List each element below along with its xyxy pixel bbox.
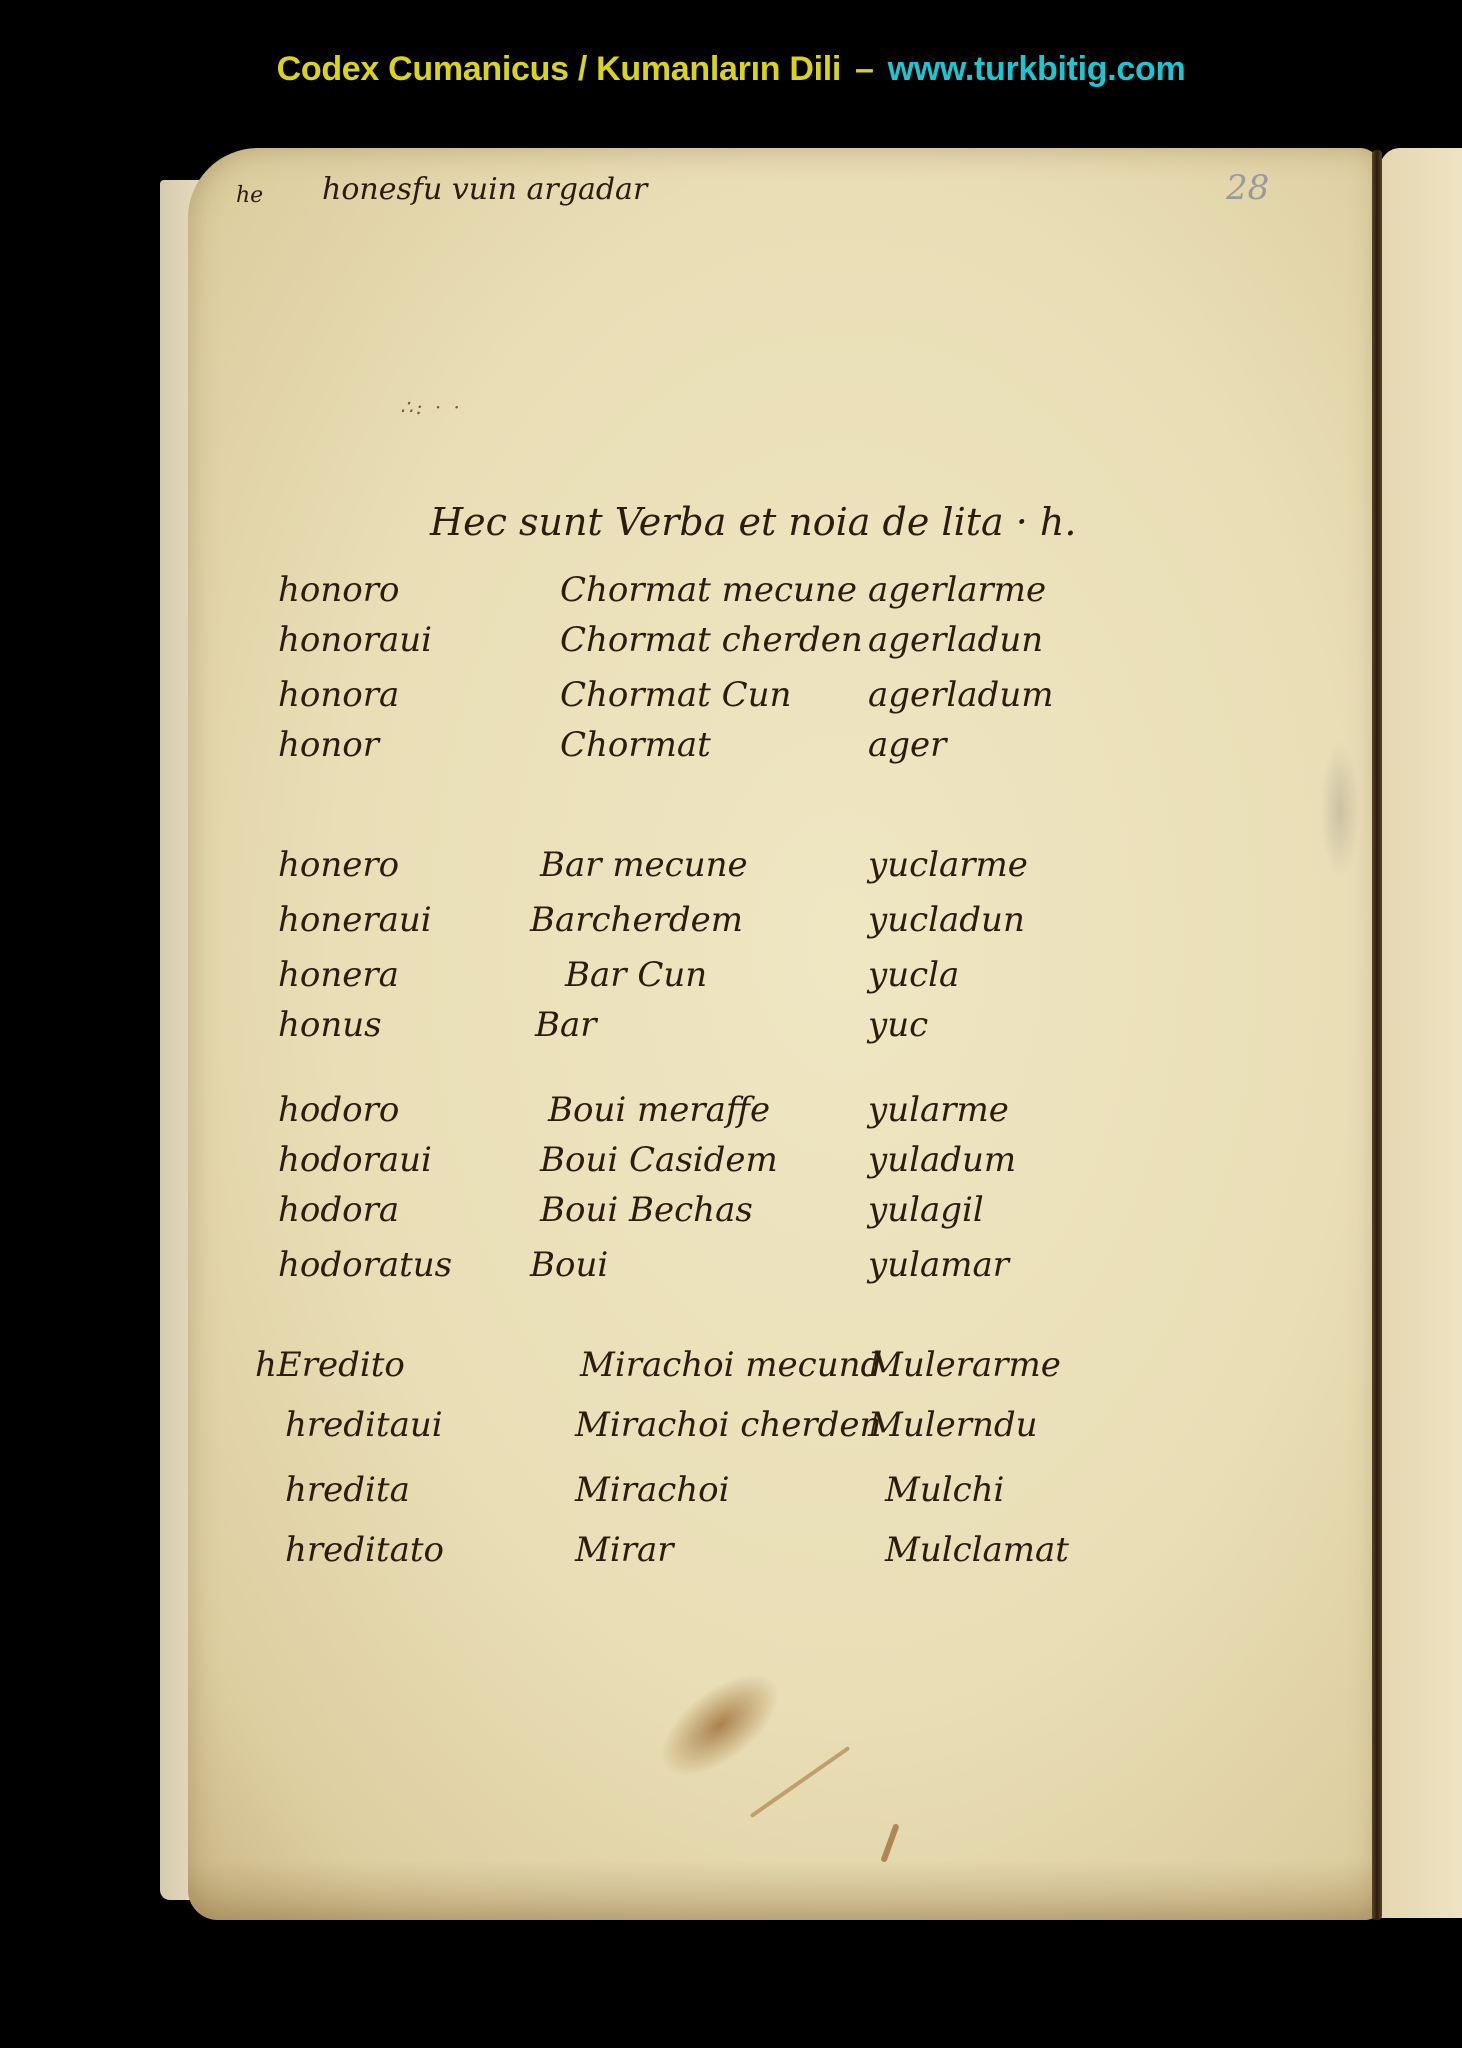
cuman-word: yuc xyxy=(868,1005,928,1045)
persian-word: Mirachoi cherden xyxy=(575,1405,881,1445)
section-heading: Hec sunt Verba et noia de lita · h. xyxy=(430,500,1076,544)
cuman-word: Mulchi xyxy=(885,1470,1004,1510)
table-row: honus Bar yuc xyxy=(0,1005,1462,1055)
table-row: honoro Chormat mecune agerlarme xyxy=(0,570,1462,620)
latin-word: hodora xyxy=(278,1190,399,1230)
persian-word: Mirachoi xyxy=(575,1470,730,1510)
latin-word: honoraui xyxy=(278,620,432,660)
cuman-word: agerlarme xyxy=(868,570,1046,610)
top-note-left: he xyxy=(236,183,263,208)
latin-word: honus xyxy=(278,1005,382,1045)
cuman-word: yulamar xyxy=(868,1245,1009,1285)
table-row: honoraui Chormat cherden agerladun xyxy=(0,620,1462,670)
cuman-word: yulagil xyxy=(868,1190,984,1230)
banner-title: Codex Cumanicus / Kumanların Dili xyxy=(277,50,841,88)
persian-word: Boui xyxy=(530,1245,608,1285)
cuman-word: Mulclamat xyxy=(885,1530,1069,1570)
table-row: hEredito Mirachoi mecund Mulerarme xyxy=(0,1345,1462,1395)
persian-word: Chormat mecune xyxy=(560,570,857,610)
persian-word: Mirachoi mecund xyxy=(580,1345,882,1385)
cuman-word: yularme xyxy=(868,1090,1009,1130)
latin-word: honero xyxy=(278,845,399,885)
latin-word: honor xyxy=(278,725,379,765)
table-row: hodora Boui Bechas yulagil xyxy=(0,1190,1462,1240)
latin-word: hodoraui xyxy=(278,1140,432,1180)
table-row: honor Chormat ager xyxy=(0,725,1462,775)
persian-word: Bar Cun xyxy=(565,955,707,995)
cuman-word: yucla xyxy=(868,955,959,995)
persian-word: Chormat Cun xyxy=(560,675,791,715)
persian-word: Boui meraffe xyxy=(548,1090,770,1130)
persian-word: Barcherdem xyxy=(530,900,743,940)
persian-word: Chormat cherden xyxy=(560,620,863,660)
cuman-word: yuladum xyxy=(868,1140,1016,1180)
manuscript-scene: Codex Cumanicus / Kumanların Dili–www.tu… xyxy=(0,0,1462,2048)
persian-word: Mirar xyxy=(575,1530,673,1570)
table-row: hodoraui Boui Casidem yuladum xyxy=(0,1140,1462,1190)
persian-word: Bar xyxy=(535,1005,597,1045)
folio-number: 28 xyxy=(1226,168,1269,208)
page-bottom-discoloration xyxy=(188,1860,1380,1920)
ink-marks: ∴: · · xyxy=(400,395,463,419)
banner-url[interactable]: www.turkbitig.com xyxy=(888,50,1186,88)
cuman-word: ager xyxy=(868,725,946,765)
latin-word: hodoro xyxy=(278,1090,399,1130)
latin-word: hodoratus xyxy=(278,1245,452,1285)
table-row: hredita Mirachoi Mulchi xyxy=(0,1470,1462,1520)
persian-word: Boui Casidem xyxy=(540,1140,778,1180)
table-row: hodoro Boui meraffe yularme xyxy=(0,1090,1462,1140)
table-row: hodoratus Boui yulamar xyxy=(0,1245,1462,1295)
site-banner: Codex Cumanicus / Kumanların Dili–www.tu… xyxy=(0,50,1462,89)
table-row: honera Bar Cun yucla xyxy=(0,955,1462,1005)
cuman-word: agerladun xyxy=(868,620,1043,660)
latin-word: hEredito xyxy=(255,1345,405,1385)
table-row: honero Bar mecune yuclarme xyxy=(0,845,1462,895)
cuman-word: yuclarme xyxy=(868,845,1028,885)
banner-separator: – xyxy=(855,50,874,88)
table-row: honeraui Barcherdem yucladun xyxy=(0,900,1462,950)
latin-word: hreditato xyxy=(285,1530,444,1570)
table-row: hreditaui Mirachoi cherden Mulerndu xyxy=(0,1405,1462,1455)
latin-word: honera xyxy=(278,955,399,995)
cuman-word: yucladun xyxy=(868,900,1025,940)
cuman-word: Mulerndu xyxy=(868,1405,1038,1445)
persian-word: Chormat xyxy=(560,725,711,765)
latin-word: hredita xyxy=(285,1470,410,1510)
table-row: honora Chormat Cun agerladum xyxy=(0,675,1462,725)
latin-word: honoro xyxy=(278,570,399,610)
persian-word: Bar mecune xyxy=(540,845,748,885)
latin-word: honeraui xyxy=(278,900,432,940)
top-note: honesfu vuin argadar xyxy=(322,172,647,207)
latin-word: honora xyxy=(278,675,399,715)
latin-word: hreditaui xyxy=(285,1405,443,1445)
cuman-word: Mulerarme xyxy=(868,1345,1061,1385)
table-row: hreditato Mirar Mulclamat xyxy=(0,1530,1462,1580)
cuman-word: agerladum xyxy=(868,675,1053,715)
persian-word: Boui Bechas xyxy=(540,1190,753,1230)
